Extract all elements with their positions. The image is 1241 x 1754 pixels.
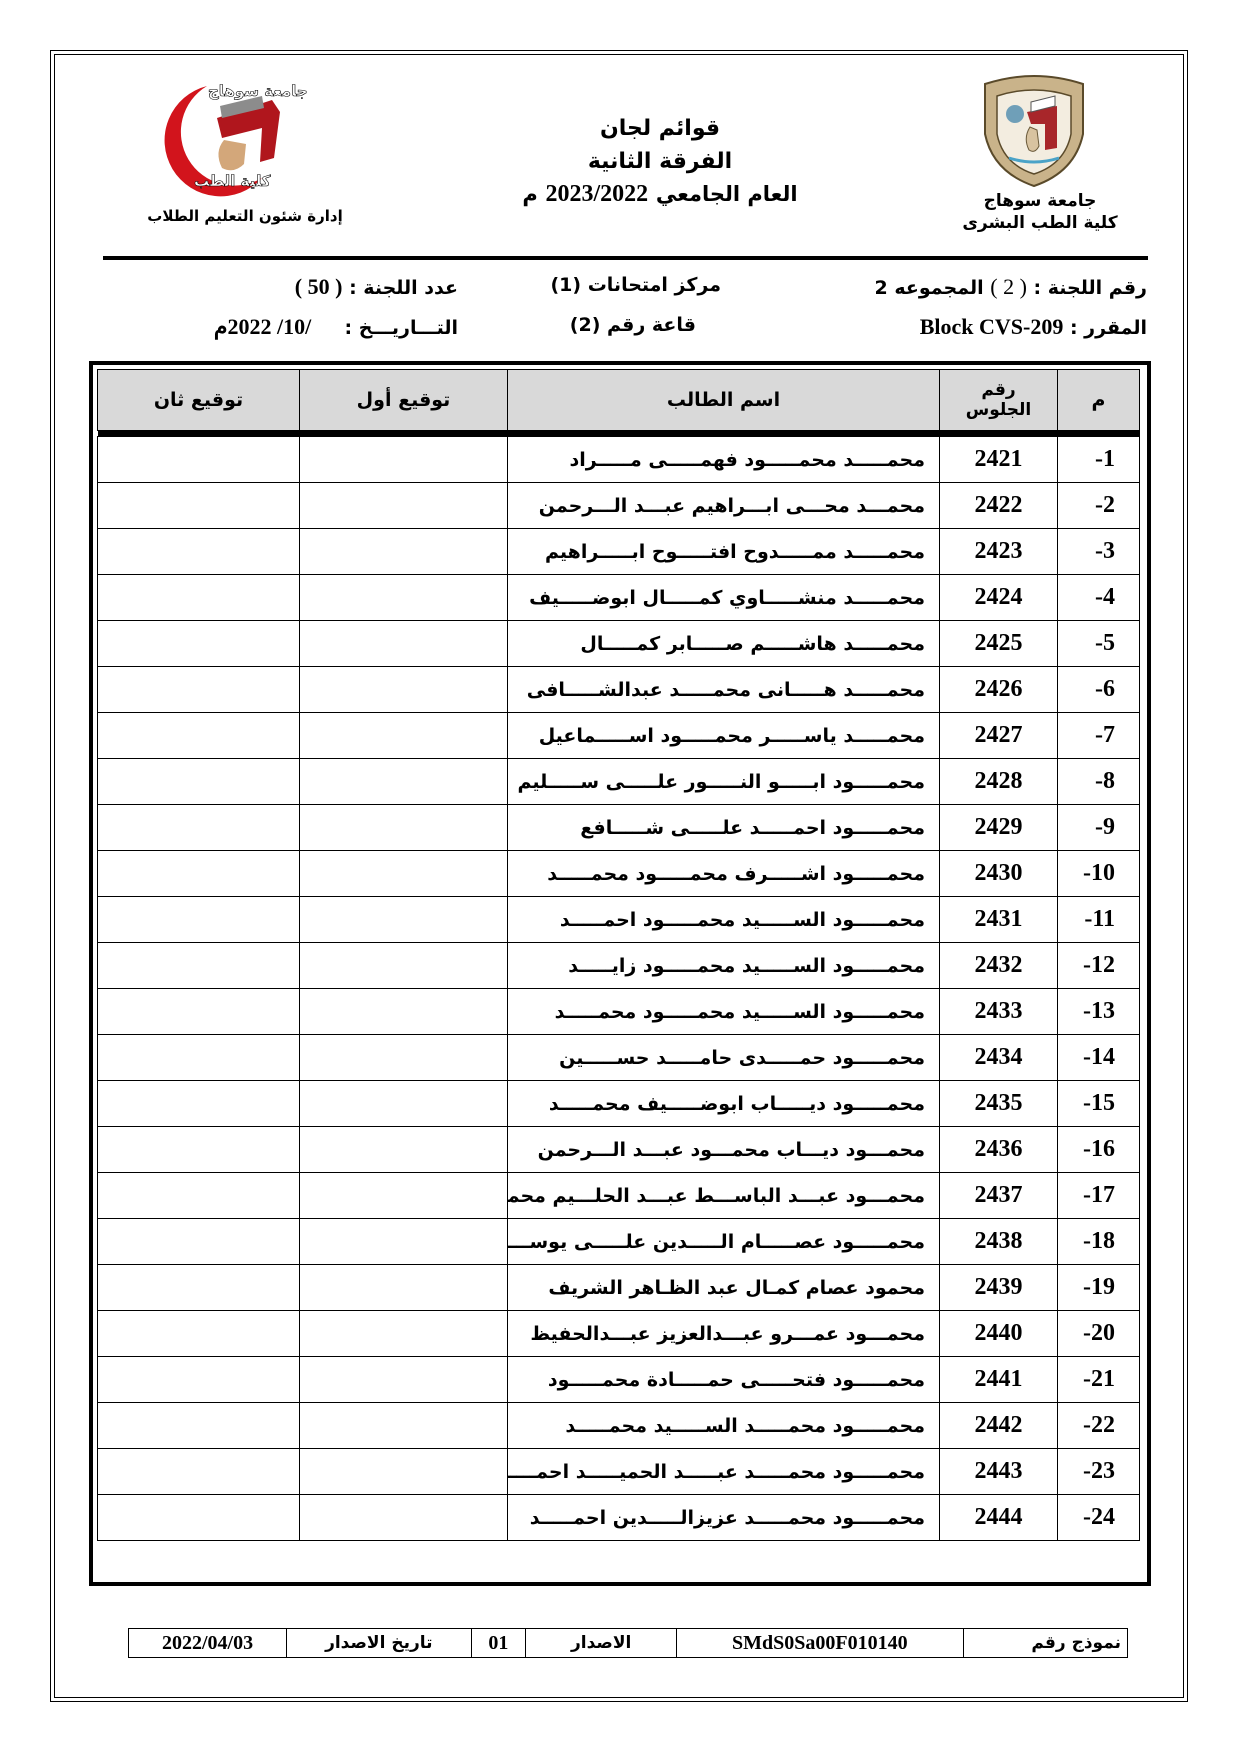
student-name: محمـــــود ديـــــاب ابوضـــــيف محمــــ…	[508, 1081, 940, 1127]
seat-number: 2421	[940, 437, 1058, 483]
second-signature-cell[interactable]	[98, 529, 300, 575]
table-row: -222442محمـــــود محمـــــد الســـــيد م…	[98, 1403, 1140, 1449]
table-row: -62426محمـــــد هـــــانى محمـــــد عبدا…	[98, 667, 1140, 713]
title-line-academic-year: العام الجامعي 2023/2022 م	[480, 178, 840, 211]
student-name: محمـــــود ابـــــو النـــــور علـــــى …	[508, 759, 940, 805]
table-row: -102430محمـــــود اشـــــرف محمـــــود م…	[98, 851, 1140, 897]
row-index: -19	[1058, 1265, 1140, 1311]
table-row: -72427محمـــــد ياســـــر محمـــــود اسـ…	[98, 713, 1140, 759]
student-name: محمـــود عمـــرو عبـــدالعزيز عبـــدالحف…	[508, 1311, 940, 1357]
second-signature-cell[interactable]	[98, 805, 300, 851]
hall-field: قاعة رقم (2)	[570, 314, 696, 336]
column-header-second-signature: توقيع ثان	[98, 370, 300, 431]
course-label: المقرر :	[1070, 317, 1147, 339]
first-signature-cell[interactable]	[300, 759, 508, 805]
first-signature-cell[interactable]	[300, 897, 508, 943]
row-index: -15	[1058, 1081, 1140, 1127]
second-signature-cell[interactable]	[98, 1311, 300, 1357]
student-name: محمـــــود محمـــــد عبـــــد الحميـــــ…	[508, 1449, 940, 1495]
table-row: -162436محمـــود ديـــاب محمـــود عبـــد …	[98, 1127, 1140, 1173]
date-value: /10/ 2022م	[214, 314, 311, 339]
committee-number-value: ( 2 )	[990, 274, 1027, 299]
table-header-row: م رقم الجلوس اسم الطالب توقيع أول توقيع …	[98, 370, 1140, 431]
academic-year-label: العام الجامعي	[656, 182, 798, 206]
row-index: -24	[1058, 1495, 1140, 1541]
first-signature-cell[interactable]	[300, 621, 508, 667]
issue-label: الاصدار	[526, 1629, 677, 1658]
second-signature-cell[interactable]	[98, 1265, 300, 1311]
table-row: -82428محمـــــود ابـــــو النـــــور علـ…	[98, 759, 1140, 805]
student-name: محمـــــود اشـــــرف محمـــــود محمـــــ…	[508, 851, 940, 897]
row-index: -13	[1058, 989, 1140, 1035]
row-index: -23	[1058, 1449, 1140, 1495]
column-header-first-signature: توقيع أول	[300, 370, 508, 431]
first-signature-cell[interactable]	[300, 1449, 508, 1495]
first-signature-cell[interactable]	[300, 575, 508, 621]
first-signature-cell[interactable]	[300, 989, 508, 1035]
seat-header-line1: رقم	[940, 380, 1057, 400]
logo-text-university: جامعة سوهاج	[208, 82, 308, 100]
second-signature-cell[interactable]	[98, 943, 300, 989]
student-name: محمـــــود احمـــــد علـــــى شـــــافع	[508, 805, 940, 851]
table-row: -22422محمـــد محـــى ابـــراهيم عبـــد ا…	[98, 483, 1140, 529]
university-name: جامعة سوهاج	[940, 190, 1140, 212]
seat-number: 2425	[940, 621, 1058, 667]
second-signature-cell[interactable]	[98, 713, 300, 759]
table-row: -42424محمـــــد منشـــــاوي كمـــــال اب…	[98, 575, 1140, 621]
university-name-block: جامعة سوهاج كلية الطب البشرى	[940, 190, 1140, 234]
first-signature-cell[interactable]	[300, 1495, 508, 1541]
date-field: التـــاريـــخ : /10/ 2022م	[214, 314, 458, 340]
academic-year-value: 2023/2022	[546, 181, 649, 207]
table-row: -112431محمـــــود الســـــيد محمـــــود …	[98, 897, 1140, 943]
student-name: محمـــــود الســـــيد محمـــــود زايــــ…	[508, 943, 940, 989]
seat-number: 2423	[940, 529, 1058, 575]
seat-number: 2435	[940, 1081, 1058, 1127]
student-name: محمود عصام كمـال عبد الظـاهر الشريف	[508, 1265, 940, 1311]
student-name: محمـــــود محمـــــد عزيزالـــــدين احمـ…	[508, 1495, 940, 1541]
course-field: المقرر : Block CVS-209	[920, 314, 1147, 340]
second-signature-cell[interactable]	[98, 1449, 300, 1495]
row-index: -1	[1058, 437, 1140, 483]
first-signature-cell[interactable]	[300, 851, 508, 897]
first-signature-cell[interactable]	[300, 1219, 508, 1265]
issue-date-value: 2022/04/03	[129, 1629, 287, 1658]
table-row: -172437محمـــود عبـــد الباســـط عبـــد …	[98, 1173, 1140, 1219]
table-row: -192439محمود عصام كمـال عبد الظـاهر الشر…	[98, 1265, 1140, 1311]
group-label: المجموعه 2	[875, 277, 984, 299]
roster-body: -12421محمـــــد محمـــــود فهمـــــى مــ…	[98, 437, 1140, 1541]
seat-number: 2424	[940, 575, 1058, 621]
course-value: Block CVS-209	[920, 314, 1064, 339]
column-header-student-name: اسم الطالب	[508, 370, 940, 431]
student-name: محمـــــد ممـــــدوح افتـــــوح ابـــــر…	[508, 529, 940, 575]
committee-count-value: ( 50 )	[295, 274, 343, 299]
title-line-committee-lists: قوائم لجان	[480, 112, 840, 145]
seat-number: 2430	[940, 851, 1058, 897]
form-info-footer: نموذج رقم SMdS0Sa00F010140 الاصدار 01 تا…	[128, 1628, 1128, 1658]
seat-number: 2438	[940, 1219, 1058, 1265]
student-name: محمـــــود محمـــــد الســـــيد محمـــــ…	[508, 1403, 940, 1449]
row-index: -9	[1058, 805, 1140, 851]
second-signature-cell[interactable]	[98, 1173, 300, 1219]
row-index: -10	[1058, 851, 1140, 897]
second-signature-cell[interactable]	[98, 1403, 300, 1449]
table-row: -132433محمـــــود الســـــيد محمـــــود …	[98, 989, 1140, 1035]
second-signature-cell[interactable]	[98, 483, 300, 529]
header-divider	[103, 256, 1148, 260]
row-index: -18	[1058, 1219, 1140, 1265]
seat-number: 2427	[940, 713, 1058, 759]
first-signature-cell[interactable]	[300, 1127, 508, 1173]
second-signature-cell[interactable]	[98, 1495, 300, 1541]
seat-number: 2443	[940, 1449, 1058, 1495]
first-signature-cell[interactable]	[300, 1265, 508, 1311]
row-index: -17	[1058, 1173, 1140, 1219]
committee-number-field: رقم اللجنة : ( 2 ) المجموعه 2	[875, 274, 1147, 300]
first-signature-cell[interactable]	[300, 1081, 508, 1127]
seat-number: 2432	[940, 943, 1058, 989]
row-index: -22	[1058, 1403, 1140, 1449]
footer-row: نموذج رقم SMdS0Sa00F010140 الاصدار 01 تا…	[129, 1629, 1128, 1658]
student-name: محمـــــد هاشـــــم صـــــابر كمـــــال	[508, 621, 940, 667]
table-row: -92429محمـــــود احمـــــد علـــــى شـــ…	[98, 805, 1140, 851]
second-signature-cell[interactable]	[98, 437, 300, 483]
row-index: -11	[1058, 897, 1140, 943]
first-signature-cell[interactable]	[300, 805, 508, 851]
first-signature-cell[interactable]	[300, 529, 508, 575]
student-name: محمـــــد هـــــانى محمـــــد عبدالشــــ…	[508, 667, 940, 713]
student-name: محمـــــود الســـــيد محمـــــود احمــــ…	[508, 897, 940, 943]
row-index: -7	[1058, 713, 1140, 759]
student-name: محمـــــود فتحـــــى حمـــــادة محمـــــ…	[508, 1357, 940, 1403]
table-row: -242444محمـــــود محمـــــد عزيزالـــــد…	[98, 1495, 1140, 1541]
seat-number: 2433	[940, 989, 1058, 1035]
first-signature-cell[interactable]	[300, 437, 508, 483]
row-index: -16	[1058, 1127, 1140, 1173]
first-signature-cell[interactable]	[300, 1311, 508, 1357]
first-signature-cell[interactable]	[300, 943, 508, 989]
second-signature-cell[interactable]	[98, 621, 300, 667]
seat-number: 2428	[940, 759, 1058, 805]
second-signature-cell[interactable]	[98, 1081, 300, 1127]
row-index: -14	[1058, 1035, 1140, 1081]
first-signature-cell[interactable]	[300, 1357, 508, 1403]
committee-count-label: عدد اللجنة :	[349, 277, 458, 299]
second-signature-cell[interactable]	[98, 897, 300, 943]
row-index: -8	[1058, 759, 1140, 805]
second-signature-cell[interactable]	[98, 1219, 300, 1265]
table-row: -52425محمـــــد هاشـــــم صـــــابر كمــ…	[98, 621, 1140, 667]
first-signature-cell[interactable]	[300, 1035, 508, 1081]
seat-number: 2441	[940, 1357, 1058, 1403]
student-name: محمـــــد محمـــــود فهمـــــى مـــــراد	[508, 437, 940, 483]
row-index: -4	[1058, 575, 1140, 621]
form-number-value: SMdS0Sa00F010140	[676, 1629, 963, 1658]
logo-text-faculty: كلية الطب	[194, 172, 271, 190]
seat-number: 2436	[940, 1127, 1058, 1173]
first-signature-cell[interactable]	[300, 1403, 508, 1449]
sohag-university-emblem	[975, 72, 1093, 190]
column-header-index: م	[1058, 370, 1140, 431]
table-row: -182438محمـــــود عصـــــام الـــــدين ع…	[98, 1219, 1140, 1265]
student-name: محمـــــود عصـــــام الـــــدين علـــــى…	[508, 1219, 940, 1265]
seat-number: 2440	[940, 1311, 1058, 1357]
seat-number: 2434	[940, 1035, 1058, 1081]
academic-year-suffix: م	[522, 182, 537, 206]
first-signature-cell[interactable]	[300, 667, 508, 713]
seat-number: 2429	[940, 805, 1058, 851]
issue-number: 01	[471, 1629, 526, 1658]
seat-number: 2444	[940, 1495, 1058, 1541]
table-row: -12421محمـــــد محمـــــود فهمـــــى مــ…	[98, 437, 1140, 483]
row-index: -5	[1058, 621, 1140, 667]
row-index: -3	[1058, 529, 1140, 575]
roster-table: م رقم الجلوس اسم الطالب توقيع أول توقيع …	[97, 369, 1140, 1541]
second-signature-cell[interactable]	[98, 989, 300, 1035]
column-header-seat-number: رقم الجلوس	[940, 370, 1058, 431]
student-name: محمـــــود حمـــــدى حامـــــد حســـــين	[508, 1035, 940, 1081]
student-name: محمـــــد ياســـــر محمـــــود اســـــما…	[508, 713, 940, 759]
row-index: -6	[1058, 667, 1140, 713]
row-index: -2	[1058, 483, 1140, 529]
committee-number-label: رقم اللجنة :	[1034, 277, 1147, 299]
exam-center-field: مركز امتحانات (1)	[550, 274, 721, 296]
form-number-label: نموذج رقم	[963, 1629, 1127, 1658]
first-signature-cell[interactable]	[300, 483, 508, 529]
table-row: -122432محمـــــود الســـــيد محمـــــود …	[98, 943, 1140, 989]
seat-number: 2439	[940, 1265, 1058, 1311]
row-index: -12	[1058, 943, 1140, 989]
student-name: محمـــود ديـــاب محمـــود عبـــد الـــرح…	[508, 1127, 940, 1173]
seat-number: 2431	[940, 897, 1058, 943]
student-name: محمـــــد منشـــــاوي كمـــــال ابوضــــ…	[508, 575, 940, 621]
seat-number: 2442	[940, 1403, 1058, 1449]
issue-date-label: تاريخ الاصدار	[287, 1629, 471, 1658]
student-name: محمـــد محـــى ابـــراهيم عبـــد الـــرح…	[508, 483, 940, 529]
date-label: التـــاريـــخ :	[345, 317, 458, 339]
table-row: -212441محمـــــود فتحـــــى حمـــــادة م…	[98, 1357, 1140, 1403]
student-name: محمـــود عبـــد الباســـط عبـــد الحلـــ…	[508, 1173, 940, 1219]
table-row: -152435محمـــــود ديـــــاب ابوضـــــيف …	[98, 1081, 1140, 1127]
table-row: -32423محمـــــد ممـــــدوح افتـــــوح اب…	[98, 529, 1140, 575]
committee-count-field: عدد اللجنة : ( 50 )	[295, 274, 458, 300]
faculty-of-medicine-logo: جامعة سوهاج كلية الطب	[112, 78, 312, 198]
student-name: محمـــــود الســـــيد محمـــــود محمــــ…	[508, 989, 940, 1035]
first-signature-cell[interactable]	[300, 1173, 508, 1219]
table-row: -142434محمـــــود حمـــــدى حامـــــد حس…	[98, 1035, 1140, 1081]
table-row: -202440محمـــود عمـــرو عبـــدالعزيز عبـ…	[98, 1311, 1140, 1357]
row-index: -20	[1058, 1311, 1140, 1357]
second-signature-cell[interactable]	[98, 1357, 300, 1403]
seat-number: 2422	[940, 483, 1058, 529]
second-signature-cell[interactable]	[98, 759, 300, 805]
seat-number: 2437	[940, 1173, 1058, 1219]
first-signature-cell[interactable]	[300, 713, 508, 759]
seat-header-line2: الجلوس	[940, 400, 1057, 420]
second-signature-cell[interactable]	[98, 851, 300, 897]
second-signature-cell[interactable]	[98, 1035, 300, 1081]
department-name: إدارة شئون التعليم الطلاب	[130, 207, 360, 225]
row-index: -21	[1058, 1357, 1140, 1403]
faculty-name: كلية الطب البشرى	[940, 212, 1140, 234]
title-line-year-level: الفرقة الثانية	[480, 145, 840, 178]
seat-number: 2426	[940, 667, 1058, 713]
document-title: قوائم لجان الفرقة الثانية العام الجامعي …	[480, 112, 840, 211]
table-row: -232443محمـــــود محمـــــد عبـــــد الح…	[98, 1449, 1140, 1495]
second-signature-cell[interactable]	[98, 575, 300, 621]
second-signature-cell[interactable]	[98, 1127, 300, 1173]
second-signature-cell[interactable]	[98, 667, 300, 713]
